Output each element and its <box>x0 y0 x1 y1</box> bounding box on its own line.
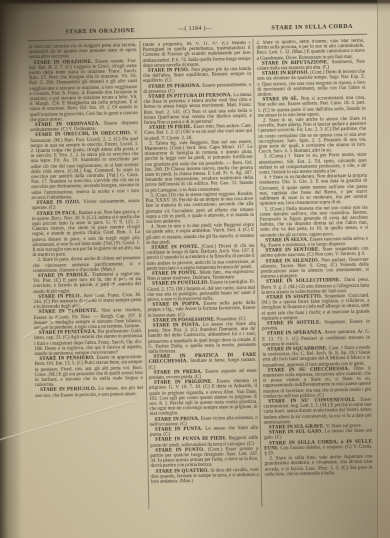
entry-stare-in-orecchi-in-orecchio: STARE IN ORECCHI, IN ORECCHIO. V. Sannaz… <box>30 132 139 202</box>
text-paragraph: 3. (Camp.) † Stare in su, per Porre ment… <box>259 153 367 176</box>
page-number: —( 1184 )— <box>140 25 250 33</box>
entry-headword: STARE IN SQUADRONE. <box>267 346 328 352</box>
entry-headword: STARE IN ORDINANZA. <box>35 122 104 128</box>
entry-headword: STARE IN POSTA. <box>153 323 203 329</box>
entry-stare-in-ponte: STARE IN PONTE. [Cont.] Dicesi di chi st… <box>146 244 254 272</box>
entry-headword: STARE IN PUNTIGLIO. <box>152 281 210 287</box>
entry-headword: STARE IN OZIO. <box>36 200 83 206</box>
entry-headword: STARE IN SELVA. <box>265 238 310 244</box>
text-paragraph: 4. Stare in uno o in due piedi, vale Reg… <box>146 223 254 246</box>
entry-stare-in-punto: STARE IN PUNTO. (Cont.) Esser pronto a p… <box>150 447 258 470</box>
entry-headword: STARE IN SILENZIO. <box>266 258 322 264</box>
text-paragraph: 3. [Cont.] Di che le stesse ragioni regg… <box>145 192 254 225</box>
entry-headword: STARE IN SULLA CORDA, o IN SULLE FUNI. <box>264 439 372 451</box>
entry-stare-in-posta: STARE IN POSTA. Lo stesso che Stare alla… <box>148 322 257 355</box>
entry-headword: STARE IN PENITENZA. <box>39 330 98 336</box>
entry-headword: STARE IN PITTURA DI PERSONA. <box>148 93 233 100</box>
running-head-right: STARE IN SULLA CORDA <box>251 24 373 32</box>
entry-stare-in-orazione: STARE IN ORAZIONE. Essere orante. Fior. … <box>29 59 138 123</box>
entry-stare-in-squadrone: STARE IN SQUADRONE. Cant. † Stare a modo… <box>262 346 370 369</box>
entry-headword: STARE IN SU' CONVENEVOLI. <box>268 398 360 405</box>
entry-headword: STARE IN SOTTILE. <box>267 320 325 326</box>
entry-stare-in-puntiglio: STARE IN PUNTIGLIO. Essere in puntiglio.… <box>147 280 255 303</box>
entry-headword: STARE IN PAROLE. <box>38 273 92 279</box>
entry-stare-in-penitenza: STARE IN PENITENZA. Per professione. Gal… <box>34 329 142 357</box>
entry-stare-in-pace: STARE IN PACE. Badare a sè, Non fare gue… <box>32 210 141 259</box>
text-paragraph: 2. Stare in sulla fune, vale anche Aspet… <box>264 455 372 478</box>
text-paragraph: 4. † Stare in su moderato, Non disturbar… <box>259 174 368 207</box>
entry-stare-in-prigione: STARE IN PRIGIONE. Essere ritenuto in pr… <box>149 379 258 417</box>
entry-headword: STARE IN SOSPETTO. <box>266 294 324 300</box>
entry-headword: STARE IN SPERANZA. <box>267 331 324 337</box>
entry-headword: STARE IN SUL GAIO. <box>269 430 325 436</box>
entry-headword: STARE IN PESO. <box>148 68 191 74</box>
entry-headword: STARE IN PUNTA DI PIEDI. <box>155 437 229 443</box>
entry-headword: STARE IN SÈ. <box>263 97 301 103</box>
entry-headword: STARE IN PERSONA. <box>148 83 202 89</box>
entry-headword: STARE IN SU CHECCHESSIA. <box>268 367 354 374</box>
entry-headword: STARE IN PENSIERO. <box>39 356 96 362</box>
text-paragraph: Dante a proposito, M. V. 11. 47. (C) Man… <box>142 41 250 69</box>
entry-headword: STARE IN PRIGIONE. <box>154 380 217 386</box>
entry-headword: STARE IN ORAZIONE. <box>34 59 95 65</box>
text-paragraph: 2. Stare in quattro, detto d'uomo, vale … <box>256 39 364 62</box>
text-paragraph: 2. Talora fig. vale Reggersi, Star nel s… <box>144 140 253 194</box>
entry-stare-in-su-convenevoli: STARE IN SU' CONVENEVOLI. Esser cerimoni… <box>263 398 371 426</box>
right-margin-shade <box>378 0 390 538</box>
entry-stare-in-su-checchessia: STARE IN SU CHECCHESSIA. Oltre il manten… <box>263 366 372 399</box>
entry-headword: STARE IN PROVA. <box>155 417 201 423</box>
entry-stare-in-pendente: STARE IN PENDENTE. Non aver risoluto, Es… <box>34 308 142 331</box>
entry-stare-in-pericolo: STARE IN PERICOLO. Lo stesso, ma più del… <box>35 386 143 398</box>
entry-stare-in-silenzio: STARE IN SILENZIO. Non parlare, Osservar… <box>261 257 369 280</box>
text-paragraph: 2. Stare in sè, vale anche lo stesso che… <box>258 117 367 155</box>
scanned-book-page: STARE IN ORAZIONE —( 1184 )— STARE IN SU… <box>0 0 390 538</box>
entry-headword: STARE IN PUNTO. <box>155 448 208 454</box>
entry-stare-in-parole: STARE IN PAROLE. Trattenersi a ragionare… <box>33 272 141 295</box>
entry-headword: STARE IN PELO. <box>38 294 83 300</box>
entry-headword: STARE IN PERICOLO. <box>40 387 98 393</box>
entry-headword: STARE IN SOLLECITUDINE. <box>266 278 344 285</box>
text-column-right: 2. Stare in quattro, detto d'uomo, vale … <box>256 39 373 507</box>
entry-headword: STARE IN PIEDE. <box>149 125 194 131</box>
entry-headword: STARE IN PREDA. <box>154 370 206 376</box>
entry-headword: STARE IN PRATICA DI FARE CHECCHESSIA. <box>149 353 257 365</box>
entry-headword: STARE IN PONTE. <box>152 271 200 277</box>
page-content: STARE IN ORAZIONE —( 1184 )— STARE IN SU… <box>0 0 390 538</box>
text-paragraph: 5. (Cont.) Della moneta che nel suo coni… <box>260 205 369 238</box>
entry-headword: STARE IN RIPOSO. <box>262 71 310 77</box>
entry-headword: STARE IN POPPA. <box>152 302 203 308</box>
entry-headword: STARE IN RIPUTAZIONE. <box>262 60 332 66</box>
entry-stare-in-pittura-di-persona: STARE IN PITTURA DI PERSONA. La statua c… <box>143 93 252 126</box>
entry-stare-in-pensiero: STARE IN PENSIERO. Essere in apprensione… <box>34 355 143 388</box>
entry-headword: STARE IN SENTORE. <box>265 248 322 254</box>
entry-headword: STARE IN PUNTA. <box>155 427 205 433</box>
entry-stare-in-sospetto: STARE IN SOSPETTO. Sospettare. Guicciard… <box>261 294 369 322</box>
entry-headword: STARE IN QUATTRO. <box>156 468 211 474</box>
text-column-middle: Dante a proposito, M. V. 11. 47. (C) Man… <box>142 41 259 509</box>
entry-stare-in-riposo: STARE IN RIPOSO. (Cont.) Detto di terren… <box>257 70 365 98</box>
entry-stare-in-s: STARE IN SÈ. Non si accontentarsi una co… <box>258 96 366 119</box>
entry-headword: STARE IN ORECCHI, IN ORECCHIO. <box>35 132 134 139</box>
entry-headword: STARE IN PACE. <box>37 211 79 217</box>
entry-stare-in-quattro: STARE IN QUATTRO. Si dice del cavallo, v… <box>151 467 259 485</box>
entry-headword: STARE IN PONTE. <box>151 245 201 251</box>
